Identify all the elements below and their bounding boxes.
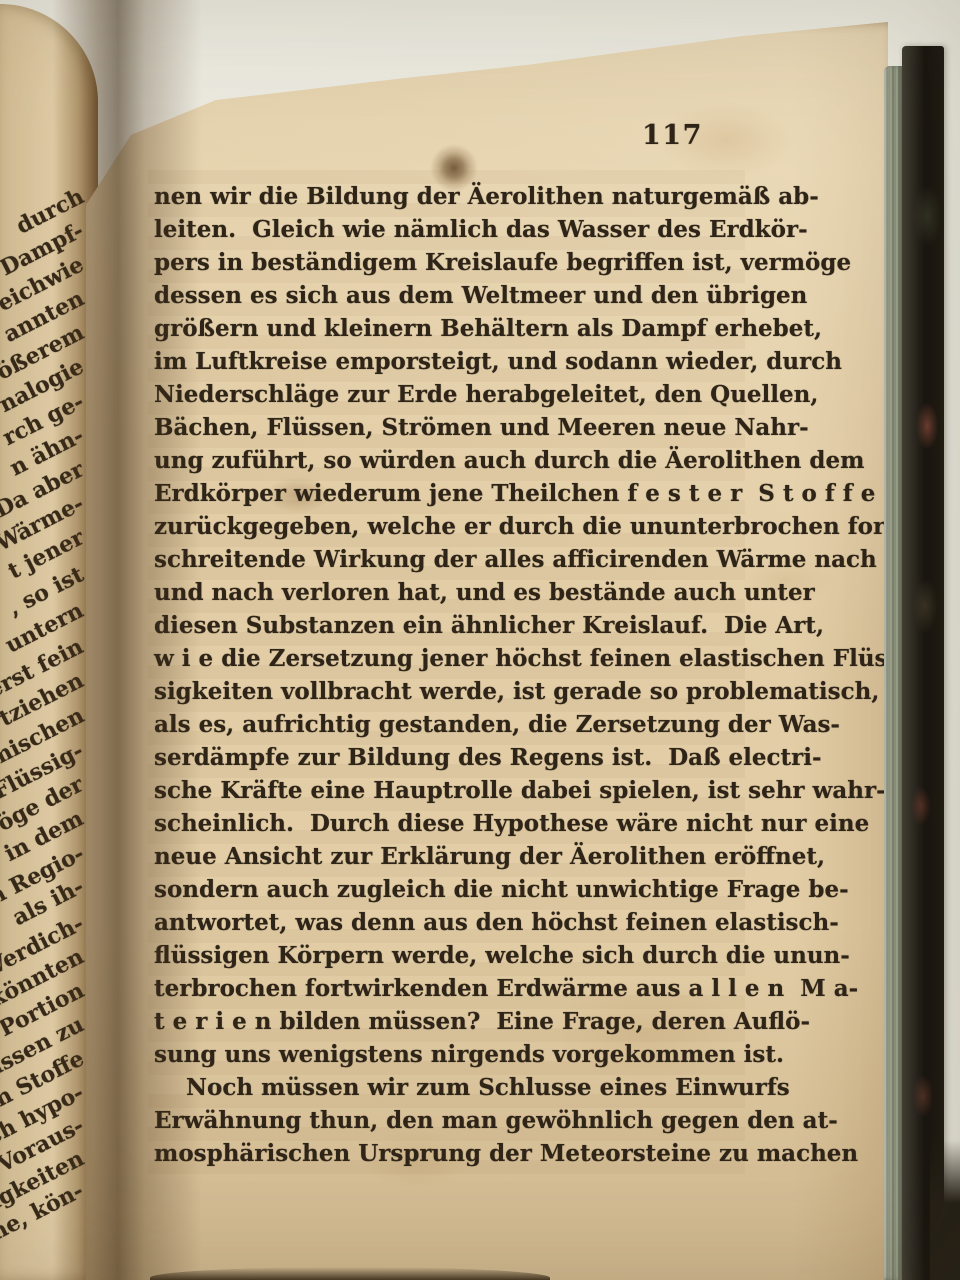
text-line: im Luftkreise emporsteigt, und sodann wi… xyxy=(154,345,739,378)
text-line: nen wir die Bildung der Äerolithen natur… xyxy=(154,180,739,213)
book-photo: durch Dampf- eichwie annten ößerem nalog… xyxy=(0,0,960,1280)
text-line: dessen es sich aus dem Weltmeer und den … xyxy=(154,279,739,312)
left-page-edge: durch Dampf- eichwie annten ößerem nalog… xyxy=(0,4,98,1280)
text-line: und nach verloren hat, und es bestände a… xyxy=(154,576,739,609)
text-line: ung zuführt, so würden auch durch die Äe… xyxy=(154,444,739,477)
body-text: nen wir die Bildung der Äerolithen natur… xyxy=(154,180,739,1170)
text-line: w i e die Zersetzung jener höchst feinen… xyxy=(154,642,739,675)
text-line: als es, aufrichtig gestanden, die Zerset… xyxy=(154,708,739,741)
text-line: leiten. Gleich wie nämlich das Wasser de… xyxy=(154,213,739,246)
text-line: schreitende Wirkung der alles afficirend… xyxy=(154,543,739,576)
text-line: pers in beständigem Kreislaufe begriffen… xyxy=(154,246,739,279)
text-line: diesen Substanzen ein ähnlicher Kreislau… xyxy=(154,609,739,642)
text-line: zurückgegeben, welche er durch die ununt… xyxy=(154,510,739,543)
text-line: terbrochen fortwirkenden Erdwärme aus a … xyxy=(154,972,739,1005)
text-line: serdämpfe zur Bildung des Regens ist. Da… xyxy=(154,741,739,774)
book-board-cover xyxy=(902,46,944,1280)
text-line: größern und kleinern Behältern als Dampf… xyxy=(154,312,739,345)
text-line: sondern auch zugleich die nicht unwichti… xyxy=(154,873,739,906)
text-line: Bächen, Flüssen, Strömen und Meeren neue… xyxy=(154,411,739,444)
text-line: Erwähnung thun, den man gewöhnlich gegen… xyxy=(154,1104,739,1137)
book-page: 117 nen wir die Bildung der Äerolithen n… xyxy=(86,20,888,1280)
text-line: sche Kräfte eine Hauptrolle dabei spiele… xyxy=(154,774,739,807)
page-edge-stack xyxy=(884,66,904,1280)
page-number: 117 xyxy=(642,120,792,151)
text-line: flüssigen Körpern werde, welche sich dur… xyxy=(154,939,739,972)
text-line: t e r i e n bilden müssen? Eine Frage, d… xyxy=(154,1005,739,1038)
text-line: mosphärischen Ursprung der Meteorsteine … xyxy=(154,1137,739,1170)
text-line: scheinlich. Durch diese Hypothese wäre n… xyxy=(154,807,739,840)
book-board-corner xyxy=(930,1140,960,1280)
text-line: Niederschläge zur Erde herabgeleitet, de… xyxy=(154,378,739,411)
text-line: Erdkörper wiederum jene Theilchen f e s … xyxy=(154,477,739,510)
text-line: antwortet, was denn aus den höchst feine… xyxy=(154,906,739,939)
text-line: sung uns wenigstens nirgends vorgekommen… xyxy=(154,1038,739,1071)
text-line: Noch müssen wir zum Schlusse eines Einwu… xyxy=(154,1071,739,1104)
text-line: sigkeiten vollbracht werde, ist gerade s… xyxy=(154,675,739,708)
text-line: neue Ansicht zur Erklärung der Äerolithe… xyxy=(154,840,739,873)
